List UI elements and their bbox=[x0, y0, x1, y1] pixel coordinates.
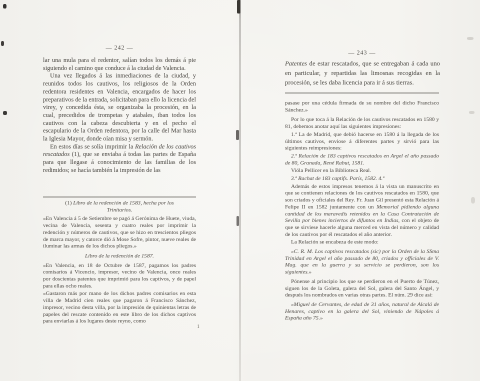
scan-canvas: — 242 — lar una mula para el redentor, s… bbox=[0, 0, 480, 381]
footnote-paragraph: 3.ª Rachat de 183 captifs. París, 1582. … bbox=[285, 176, 439, 183]
paragraph-text: Vióla Pellicer en la Biblioteca Real. bbox=[291, 168, 371, 174]
gutter-dash bbox=[236, 130, 239, 140]
paragraph-text: Una vez llegados á las inmediaciones de … bbox=[43, 72, 196, 142]
scan-speck bbox=[3, 111, 7, 115]
footnote-paragraph: «Miguel de Cervantes, de edad de 31 años… bbox=[285, 301, 439, 322]
paragraph-text: «Miguel de Cervantes, de edad de 31 años… bbox=[285, 301, 439, 321]
signature-mark: 1 bbox=[197, 324, 200, 330]
paragraph-text: lar una mula para el redentor, salían to… bbox=[43, 57, 196, 72]
footnote-heading: Libro de la redención de 1587. bbox=[43, 253, 196, 260]
footnote-heading: (1) Libro de la redención de 1583, hecha… bbox=[52, 200, 187, 214]
paragraph-text: Por lo que toca á la Relación de los cau… bbox=[285, 117, 439, 130]
margin-smudge bbox=[467, 37, 474, 40]
paragraph-text: «En Valencia, en 18 de Octubre de 1587, … bbox=[43, 262, 196, 289]
italic-run: Libro de la redención de 1583, hecha por… bbox=[73, 200, 174, 213]
footnote-paragraph: pasase por una cédula firmada de su nomb… bbox=[285, 100, 439, 114]
paragraph-text: 2.ª Relación de 183 captivos rescatados … bbox=[285, 153, 439, 166]
paragraph: Patentes de estar rescatados, que se ent… bbox=[285, 59, 440, 88]
footnote-paragraph: «En Valencia á 5 de Setiembre se pagó á … bbox=[43, 216, 196, 250]
page-number-right: — 243 — bbox=[285, 49, 439, 57]
gutter-dash bbox=[237, 216, 240, 226]
italic-run: 3.ª Rachat de 183 captifs. París, 1582. … bbox=[291, 176, 384, 182]
footnote-paragraph: 2.ª Relación de 183 captivos rescatados … bbox=[285, 153, 439, 167]
gutter-ink-blob bbox=[237, 0, 241, 14]
paragraph-text: de estar rescatados, que se entregaban á… bbox=[285, 60, 440, 86]
paragraph: lar una mula para el redentor, salían to… bbox=[43, 57, 196, 73]
footnote-paragraph: La Relación se encabeza de este modo: bbox=[285, 239, 439, 246]
paragraph: En estos días se solía imprimir la Relac… bbox=[43, 143, 196, 174]
binding-gutter bbox=[240, 0, 241, 381]
footnote-paragraph: Además de estos impresos tenemos á la vi… bbox=[285, 183, 439, 238]
paragraph-text: 1.ª La de Madrid, que debió hacerse en 1… bbox=[285, 131, 439, 151]
margin-smudge bbox=[471, 197, 475, 204]
paragraph-text: Pónense al principio los que se perdiero… bbox=[285, 278, 439, 298]
footnote-rule bbox=[285, 93, 439, 94]
book-scan: — 242 — lar una mula para el redentor, s… bbox=[0, 0, 480, 381]
footnote-rule bbox=[43, 197, 196, 198]
footnote-paragraph: Por lo que toca á la Relación de los cau… bbox=[285, 117, 439, 131]
paragraph-text: «C. R. M. Los captivos rescatados (sic) … bbox=[285, 249, 439, 276]
right-main-text: Patentes de estar rescatados, que se ent… bbox=[285, 59, 440, 88]
left-main-text: lar una mula para el redentor, salían to… bbox=[43, 57, 196, 175]
paragraph-text: La Relación se encabeza de este modo: bbox=[291, 239, 379, 245]
footnote-paragraph: «C. R. M. Los captivos rescatados (sic) … bbox=[285, 249, 439, 276]
paragraph: Una vez llegados á las inmediaciones de … bbox=[43, 72, 196, 143]
footnote-paragraph: 1.ª La de Madrid, que debió hacerse en 1… bbox=[285, 131, 439, 152]
footnote-marker: (1) bbox=[65, 200, 73, 206]
right-footnote: pasase por una cédula firmada de su nomb… bbox=[285, 100, 439, 325]
footnote-paragraph: «En Valencia, en 18 de Octubre de 1587, … bbox=[43, 262, 196, 289]
paragraph-text: «Gastaron más por mano de los dichos pad… bbox=[43, 291, 196, 324]
page-number-left: — 242 — bbox=[43, 44, 196, 52]
paragraph-text: «En Valencia á 5 de Setiembre se pagó á … bbox=[43, 216, 196, 249]
scan-speck bbox=[3, 4, 7, 9]
scan-speck bbox=[1, 41, 4, 46]
paragraph-text: En estos días se solía imprimir la bbox=[50, 143, 135, 150]
footnote-paragraph: Pónense al principio los que se perdiero… bbox=[285, 278, 439, 299]
paragraph-text: pasase por una cédula firmada de su nomb… bbox=[285, 100, 439, 113]
left-footnote: (1) Libro de la redención de 1583, hecha… bbox=[43, 200, 196, 326]
footnote-paragraph: «Gastaron más por mano de los dichos pad… bbox=[43, 291, 196, 325]
italic-run: Patentes bbox=[285, 60, 307, 67]
margin-smudge bbox=[469, 111, 475, 114]
footnote-paragraph: Vióla Pellicer en la Biblioteca Real. bbox=[285, 168, 439, 175]
